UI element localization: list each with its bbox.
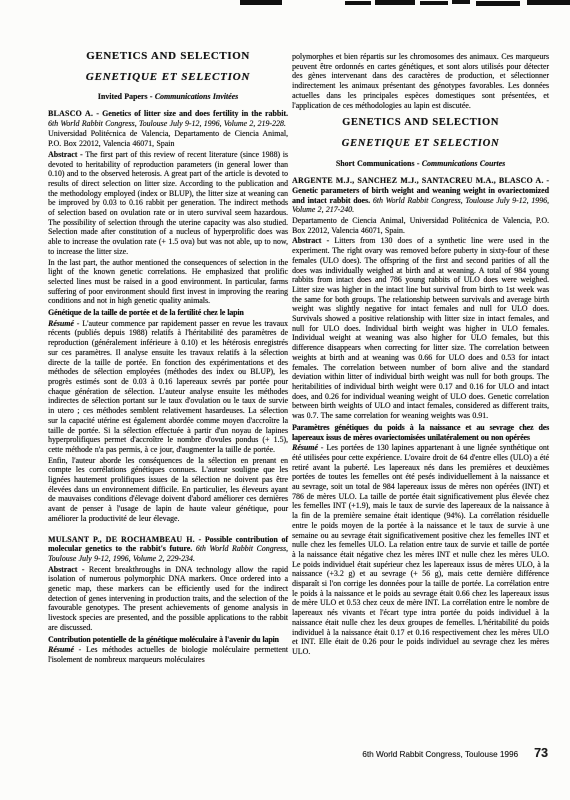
resume-continuation: polymorphes et bien répartis sur les chr… <box>292 52 549 110</box>
section-subtitle: Short Communications - Communications Co… <box>292 159 549 168</box>
scan-artifact <box>476 1 520 6</box>
resume-text: L'auteur commence par rapidement passer … <box>48 319 288 454</box>
abstract-label: Abstract - <box>48 150 83 159</box>
resume-label: Résumé - <box>48 645 81 654</box>
section-title-english: GENETICS AND SELECTION <box>48 50 288 62</box>
resume-text: Les portées de 130 lapines appartenant à… <box>292 443 549 656</box>
abstract-paragraph: In the last part, the author mentioned t… <box>48 258 288 307</box>
section-title-french: GENETIQUE ET SELECTION <box>292 138 549 150</box>
entry-affiliation: Universidad Politécnica de Valencia, Dep… <box>48 129 288 148</box>
entry-title: Genetics of litter size and does fertili… <box>102 109 288 118</box>
abstract-paragraph: Abstract - Recent breakthroughs in DNA t… <box>48 565 288 633</box>
resume-paragraph: Résumé - L'auteur commence par rapidemen… <box>48 319 288 455</box>
entry-authors: ARGENTE M.J., SANCHEZ M.J., SANTACREU M.… <box>292 176 544 185</box>
french-title-heading: Contribution potentielle de la génétique… <box>48 635 288 645</box>
right-column: polymorphes et bien répartis sur les chr… <box>292 52 549 657</box>
subtitle-italic: Communications Courtes <box>422 159 505 168</box>
resume-paragraph: Enfin, l'auteur aborde les conséquences … <box>48 456 288 524</box>
abstract-text: Recent breakthroughs in DNA technology a… <box>48 565 288 632</box>
entry-separator: - <box>546 176 549 185</box>
subtitle-prefix: Invited Papers - <box>98 92 153 101</box>
entry-heading-mulsant: MULSANT P., DE ROCHAMBEAU H. - Possible … <box>48 535 288 564</box>
subtitle-italic: Communications Invitées <box>155 92 238 101</box>
entry-heading-argente: ARGENTE M.J., SANCHEZ M.J., SANTACREU M.… <box>292 176 549 215</box>
resume-label: Résumé - <box>292 443 323 452</box>
footer-congress-text: 6th World Rabbit Congress, Toulouse 1996 <box>362 750 518 759</box>
entry-affiliation: Departamento de Ciencia Animal, Universi… <box>292 216 549 235</box>
entry-authors: MULSANT P., DE ROCHAMBEAU H. <box>48 535 195 544</box>
scan-artifact <box>345 1 371 5</box>
entry-heading-blasco: BLASCO A. - Genetics of litter size and … <box>48 109 288 128</box>
entry-separator: - <box>199 535 202 544</box>
left-column: GENETICS AND SELECTION GENETIQUE ET SELE… <box>48 50 288 665</box>
scan-artifact <box>375 0 415 5</box>
resume-text: Les méthodes actuelles de biologie moléc… <box>48 645 288 664</box>
entry-separator: - <box>96 109 99 118</box>
resume-paragraph: Résumé - Les portées de 130 lapines appa… <box>292 443 549 656</box>
abstract-label: Abstract - <box>48 565 84 574</box>
abstract-paragraph: Abstract - The first part of this review… <box>48 150 288 257</box>
scanned-proceedings-page: GENETICS AND SELECTION GENETIQUE ET SELE… <box>0 0 570 800</box>
section-subtitle: Invited Papers - Communications Invitées <box>48 92 288 101</box>
scan-artifact <box>452 0 470 4</box>
section-title-english: GENETICS AND SELECTION <box>292 117 549 129</box>
scan-artifact <box>420 1 448 5</box>
entry-citation: 6th World Rabbit Congress, Toulouse July… <box>48 119 286 128</box>
page-number: 73 <box>534 746 548 760</box>
abstract-paragraph: Abstract - Litters from 130 does of a sy… <box>292 236 549 420</box>
abstract-text: The first part of this review of recent … <box>48 150 288 256</box>
abstract-label: Abstract - <box>292 236 329 245</box>
scan-artifact <box>240 0 282 5</box>
french-title-heading: Génétique de la taille de portée et de l… <box>48 308 288 318</box>
resume-paragraph: Résumé - Les méthodes actuelles de biolo… <box>48 645 288 664</box>
abstract-text: Litters from 130 does of a synthetic lin… <box>292 236 549 420</box>
french-title-heading: Paramètres génétiques du poids à la nais… <box>292 423 549 442</box>
section-title-french: GENETIQUE ET SELECTION <box>48 71 288 83</box>
subtitle-prefix: Short Communications - <box>336 159 420 168</box>
entry-authors: BLASCO A. <box>48 109 93 118</box>
page-footer: 6th World Rabbit Congress, Toulouse 1996… <box>362 746 548 760</box>
scan-artifact <box>527 0 570 5</box>
resume-label: Résumé - <box>48 319 79 328</box>
